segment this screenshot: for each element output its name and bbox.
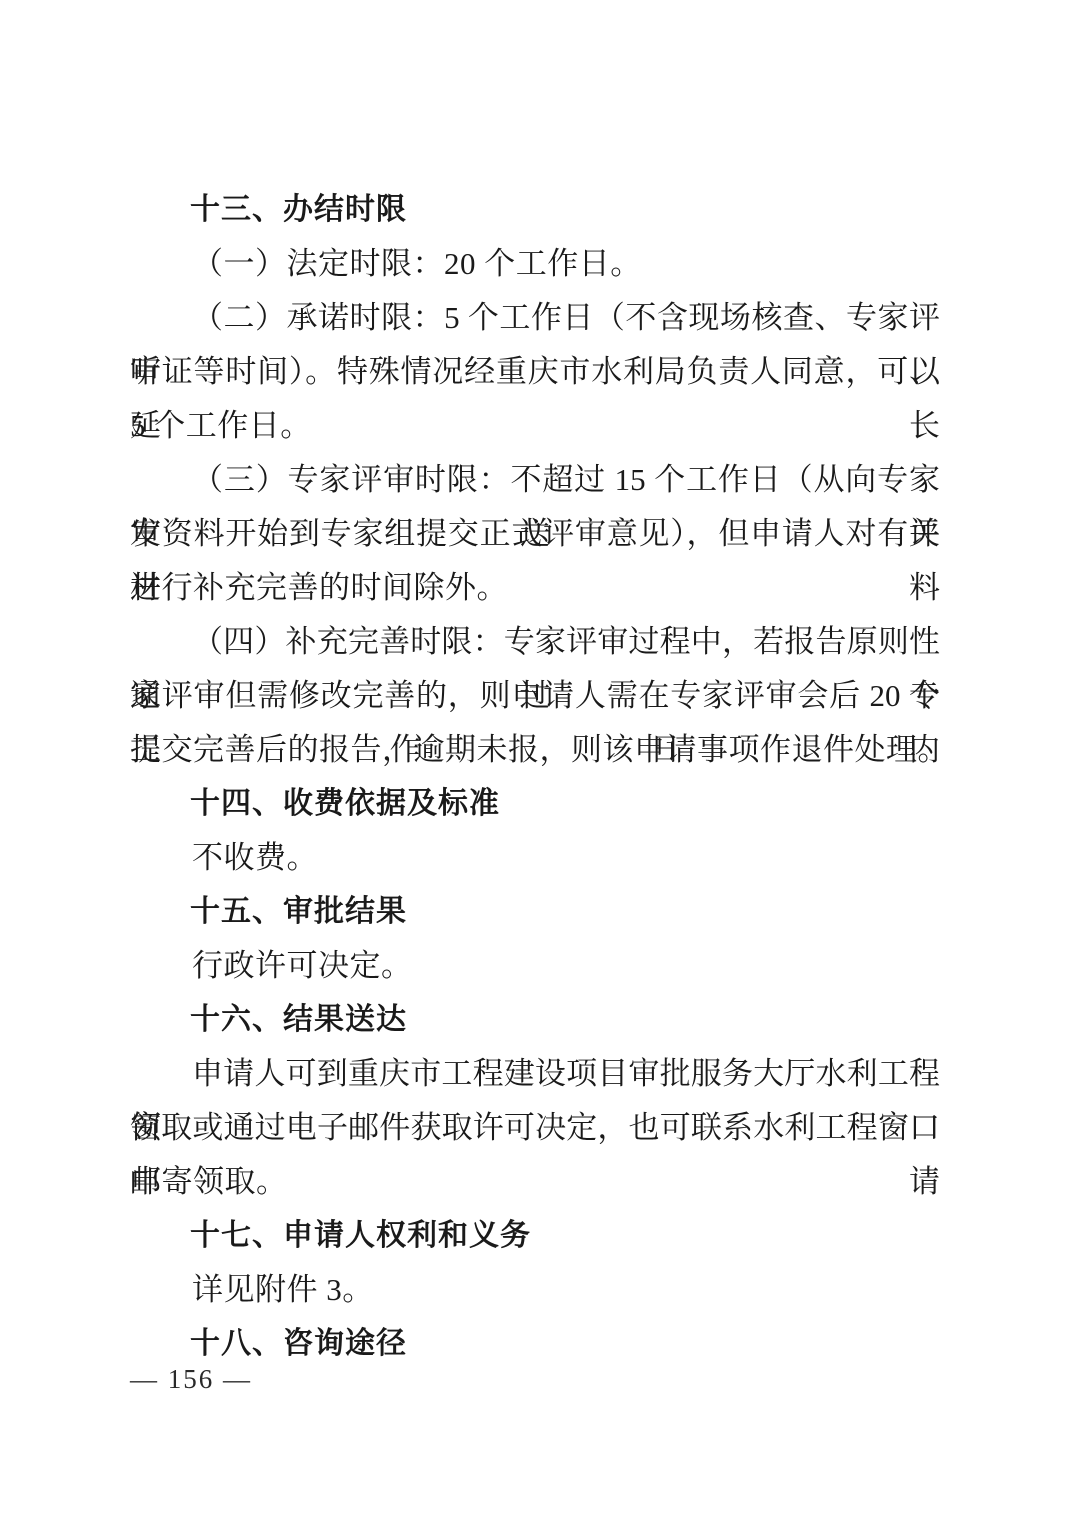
section-heading-16: 十六、结果送达 bbox=[130, 993, 940, 1047]
para-13-1-line-1: （一）法定时限：20 个工作日。 bbox=[130, 237, 940, 291]
para-15-line-1: 行政许可决定。 bbox=[130, 939, 940, 993]
para-13-4-line-1: （四）补充完善时限：专家评审过程中，若报告原则性通过专 bbox=[130, 615, 940, 669]
para-16-line-1: 申请人可到重庆市工程建设项目审批服务大厅水利工程窗口 bbox=[130, 1047, 940, 1101]
document-body: 十三、办结时限 （一）法定时限：20 个工作日。 （二）承诺时限：5 个工作日（… bbox=[0, 0, 1074, 1371]
para-13-3-line-1: （三）专家评审时限：不超过 15 个工作日（从向专家发送评 bbox=[130, 453, 940, 507]
section-heading-15: 十五、审批结果 bbox=[130, 885, 940, 939]
section-heading-17: 十七、申请人权利和义务 bbox=[130, 1209, 940, 1263]
para-17-line-1: 详见附件 3。 bbox=[130, 1263, 940, 1317]
section-heading-13: 十三、办结时限 bbox=[130, 183, 940, 237]
para-13-4-line-3: 提交完善后的报告，逾期未报，则该申请事项作退件处理。 bbox=[130, 723, 940, 777]
para-16-line-2: 领取或通过电子邮件获取许可决定，也可联系水利工程窗口申请 bbox=[130, 1101, 940, 1155]
page-number-footer: — 156 — bbox=[130, 1364, 252, 1394]
section-heading-14: 十四、收费依据及标准 bbox=[130, 777, 940, 831]
document-page: 十三、办结时限 （一）法定时限：20 个工作日。 （二）承诺时限：5 个工作日（… bbox=[0, 0, 1074, 1520]
section-heading-18: 十八、咨询途径 bbox=[130, 1317, 940, 1371]
para-14-line-1: 不收费。 bbox=[130, 831, 940, 885]
para-13-3-line-2: 审资料开始到专家组提交正式评审意见），但申请人对有关材料 bbox=[130, 507, 940, 561]
para-13-2-line-2: 听证等时间）。特殊情况经重庆市水利局负责人同意，可以延长 bbox=[130, 345, 940, 399]
para-13-4-line-2: 家评审但需修改完善的，则申请人需在专家评审会后 20 个工作日内 bbox=[130, 669, 940, 723]
para-13-2-line-1: （二）承诺时限：5 个工作日（不含现场核查、专家评审、 bbox=[130, 291, 940, 345]
